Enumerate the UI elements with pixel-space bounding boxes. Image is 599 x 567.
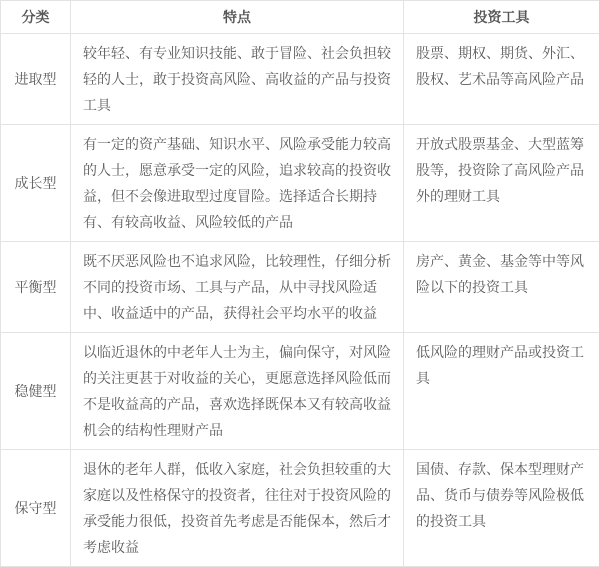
header-row: 分类 特点 投资工具 [1,1,599,34]
header-category: 分类 [1,1,71,34]
table-row: 成长型 有一定的资产基础、知识水平、风险承受能力较高的人士，愿意承受一定的风险，… [1,125,599,242]
table-row: 保守型 退休的老年人群，低收入家庭，社会负担较重的大家庭以及性格保守的投资者，往… [1,450,599,567]
tools-cell: 股票、期权、期货、外汇、股权、艺术品等高风险产品 [404,34,599,125]
table-body: 进取型 较年轻、有专业知识技能、敢于冒险、社会负担较轻的人士，敢于投资高风险、高… [1,34,599,567]
header-traits: 特点 [71,1,404,34]
table-row: 进取型 较年轻、有专业知识技能、敢于冒险、社会负担较轻的人士，敢于投资高风险、高… [1,34,599,125]
tools-cell: 房产、黄金、基金等中等风险以下的投资工具 [404,242,599,333]
traits-cell: 有一定的资产基础、知识水平、风险承受能力较高的人士，愿意承受一定的风险，追求较高… [71,125,404,242]
category-cell: 保守型 [1,450,71,567]
investor-risk-profile-table: 分类 特点 投资工具 进取型 较年轻、有专业知识技能、敢于冒险、社会负担较轻的人… [0,0,599,567]
tools-cell: 低风险的理财产品或投资工具 [404,333,599,450]
table-header: 分类 特点 投资工具 [1,1,599,34]
tools-cell: 开放式股票基金、大型蓝筹股等，投资除了高风险产品外的理财工具 [404,125,599,242]
traits-cell: 较年轻、有专业知识技能、敢于冒险、社会负担较轻的人士，敢于投资高风险、高收益的产… [71,34,404,125]
tools-cell: 国债、存款、保本型理财产品、货币与债券等风险极低的投资工具 [404,450,599,567]
traits-cell: 退休的老年人群，低收入家庭，社会负担较重的大家庭以及性格保守的投资者，往往对于投… [71,450,404,567]
category-cell: 稳健型 [1,333,71,450]
traits-cell: 既不厌恶风险也不追求风险，比较理性，仔细分析不同的投资市场、工具与产品，从中寻找… [71,242,404,333]
traits-cell: 以临近退休的中老年人士为主，偏向保守，对风险的关注更甚于对收益的关心，更愿意选择… [71,333,404,450]
table-row: 平衡型 既不厌恶风险也不追求风险，比较理性，仔细分析不同的投资市场、工具与产品，… [1,242,599,333]
category-cell: 进取型 [1,34,71,125]
header-tools: 投资工具 [404,1,599,34]
category-cell: 平衡型 [1,242,71,333]
category-cell: 成长型 [1,125,71,242]
table-row: 稳健型 以临近退休的中老年人士为主，偏向保守，对风险的关注更甚于对收益的关心，更… [1,333,599,450]
